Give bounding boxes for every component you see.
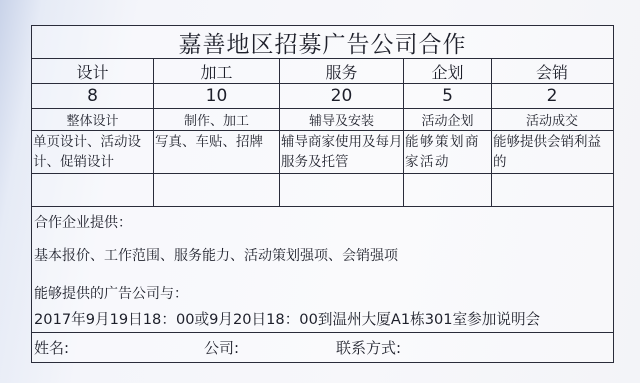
subheader-design: 整体设计 [32, 109, 153, 130]
description-sales: 能够提供会销利益的 [492, 131, 612, 173]
qualified-label: 能够提供的广告公司与： [34, 283, 188, 303]
subheader-service: 辅导及安装 [280, 109, 403, 130]
contact-field-label: 联系方式: [336, 337, 401, 358]
empty-cell-service [280, 174, 403, 206]
empty-cell-design [32, 174, 153, 206]
provide-items: 基本报价、工作范围、服务能力、活动策划强项、会销强项 [34, 245, 398, 265]
column-header-planning: 企划 [404, 59, 491, 83]
description-planning: 能够策划商家活动 [404, 131, 491, 173]
description-design: 单页设计、活动设计、促销设计 [32, 131, 153, 173]
description-processing: 写真、车贴、招牌 [154, 131, 279, 173]
page-title: 嘉善地区招募广告公司合作 [32, 26, 613, 59]
column-header-service: 服务 [280, 59, 403, 83]
subheader-sales: 活动成交 [492, 109, 612, 130]
count-service: 20 [280, 84, 403, 108]
name-field-label: 姓名: [34, 337, 69, 358]
meeting-info: 2017年9月19日18：00或9月20日18：00到温州大厦A1栋301室参加… [34, 308, 612, 329]
count-design: 8 [32, 84, 153, 108]
provide-label: 合作企业提供： [34, 212, 132, 232]
description-service: 辅导商家使用及每月服务及托管 [280, 131, 403, 173]
divider [32, 206, 613, 207]
empty-cell-planning [404, 174, 491, 206]
column-header-design: 设计 [32, 59, 153, 83]
count-planning: 5 [404, 84, 491, 108]
column-header-processing: 加工 [154, 59, 279, 83]
empty-cell-processing [154, 174, 279, 206]
count-sales: 2 [492, 84, 612, 108]
column-header-sales: 会销 [492, 59, 612, 83]
count-processing: 10 [154, 84, 279, 108]
recruitment-form-table: 嘉善地区招募广告公司合作 设计 加工 服务 企划 会销 8 10 20 5 2 … [31, 25, 614, 363]
empty-cell-sales [492, 174, 612, 206]
subheader-processing: 制作、加工 [154, 109, 279, 130]
subheader-planning: 活动企划 [404, 109, 491, 130]
company-field-label: 公司: [204, 337, 239, 358]
divider [32, 332, 613, 333]
